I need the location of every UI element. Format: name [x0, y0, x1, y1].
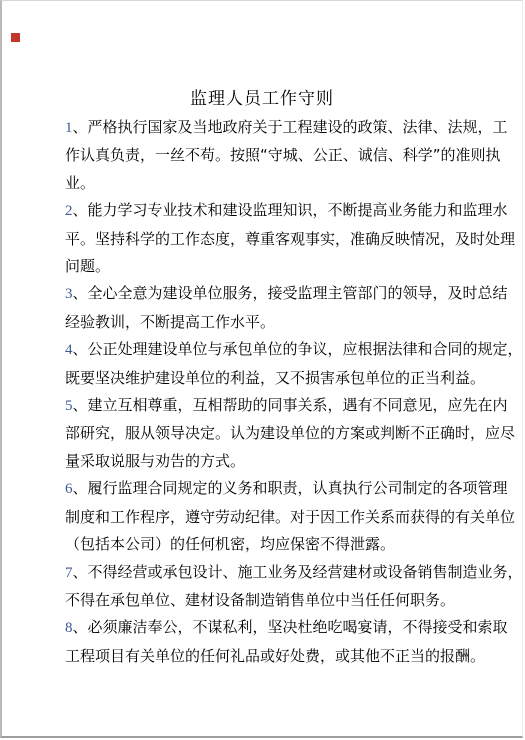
paragraph-list: 1、严格执行国家及当地政府关于工程建设的政策、法律、法规，工作认真负责，一丝不苟…	[65, 114, 465, 670]
paragraph-line: 作认真负责，一丝不苟。按照“守城、公正、诚信、科学”的准则执	[65, 142, 465, 169]
paragraph-line: 7、不得经营或承包设计、施工业务及经营建材或设备销售制造业务，	[65, 559, 465, 587]
document-page: 监理人员工作守则 1、严格执行国家及当地政府关于工程建设的政策、法律、法规，工作…	[0, 0, 523, 738]
paragraph-line: （包括本公司）的任何机密，均应保密不得泄露。	[65, 531, 465, 558]
paragraph-line: 工程项目有关单位的任何礼品或好处费，或其他不正当的报酬。	[65, 643, 465, 670]
paragraph-line: 6、履行监理合同规定的义务和职责，认真执行公司制定的各项管理	[65, 475, 465, 503]
paragraph-number: 8	[65, 620, 73, 636]
paragraph-line: 8、必须廉洁奉公，不谋私利，坚决杜绝吃喝宴请，不得接受和索取	[65, 614, 465, 642]
document-title: 监理人员工作守则	[2, 87, 522, 111]
paragraph-line: 3、全心全意为建设单位服务，接受监理主管部门的领导，及时总结	[65, 280, 465, 308]
paragraph-line: 5、建立互相尊重，互相帮助的同事关系，遇有不同意见，应先在内	[65, 392, 465, 420]
paragraph-number: 2	[65, 203, 73, 219]
paragraph-line: 制度和工作程序，遵守劳动纪律。对于因工作关系而获得的有关单位	[65, 504, 465, 531]
paragraph-line: 1、严格执行国家及当地政府关于工程建设的政策、法律、法规，工	[65, 114, 465, 142]
paragraph-line: 业。	[65, 170, 465, 197]
paragraph-number: 3	[65, 286, 73, 302]
paragraph-line: 不得在承包单位、建材设备制造销售单位中当任任何职务。	[65, 587, 465, 614]
paragraph-number: 1	[65, 120, 73, 136]
paragraph-number: 6	[65, 481, 73, 497]
paragraph-line: 平。坚持科学的工作态度，尊重客观事实，准确反映情况，及时处理	[65, 226, 465, 253]
paragraph-line: 2、能力学习专业技术和建设监理知识，不断提高业务能力和监理水	[65, 197, 465, 225]
paragraph-line: 部研究，服从领导决定。认为建设单位的方案或判断不正确时，应尽	[65, 420, 465, 447]
paragraph-line: 量采取说服与劝告的方式。	[65, 448, 465, 475]
paragraph-line: 问题。	[65, 253, 465, 280]
paragraph-number: 4	[65, 342, 73, 358]
paragraph-line: 4、公正处理建设单位与承包单位的争议，应根据法律和合同的规定，	[65, 336, 465, 364]
paragraph-number: 7	[65, 565, 73, 581]
red-square-marker	[11, 33, 20, 42]
paragraph-number: 5	[65, 398, 73, 414]
paragraph-line: 经验教训，不断提高工作水平。	[65, 309, 465, 336]
paragraph-line: 既要坚决维护建设单位的利益，又不损害承包单位的正当利益。	[65, 365, 465, 392]
